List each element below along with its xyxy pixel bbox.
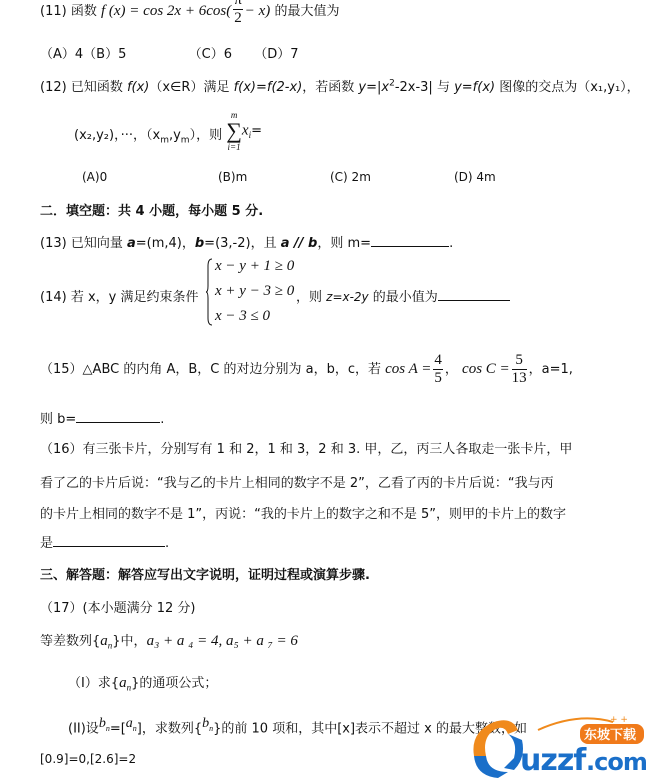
separator: ， bbox=[445, 362, 458, 377]
q16-answer-label: 是 bbox=[40, 536, 53, 551]
q17-text: 等差数列{ bbox=[40, 634, 100, 649]
cosA-expr: cos A = bbox=[385, 361, 431, 377]
q12-points: ,y bbox=[169, 128, 181, 143]
q14-target: z=x-2y bbox=[326, 290, 369, 304]
vector-a: a bbox=[127, 236, 136, 251]
q12-sub: m bbox=[181, 135, 190, 145]
q11-line: (11) 函数 f (x) = cos 2x + 6cos(π2− x) 的最大… bbox=[40, 0, 339, 29]
seq-a: a bbox=[119, 675, 127, 691]
q14-number: (14) bbox=[40, 290, 67, 305]
frac-den: 13 bbox=[512, 370, 527, 387]
seq-a: a bbox=[126, 716, 133, 731]
q17-part2: (II)设bn=[an]，求数列{bn}的前 10 项和，其中[x]表示不超过 … bbox=[68, 716, 527, 736]
uzzf-logo-icon: + + 东坡下载 uzzf .com bbox=[468, 712, 647, 782]
q13-text: 已知向量 bbox=[71, 236, 127, 251]
q14-tail: ，则 z=x-2y 的最小值为 bbox=[296, 286, 510, 305]
q12-y-expr: y=|x bbox=[358, 80, 389, 95]
section2-heading: 二．填空题：共 4 小题，每小题 5 分. bbox=[40, 200, 263, 219]
q11-number: (11) bbox=[40, 4, 67, 19]
q13-line: (13) 已知向量 a=(m,4)，b=(3,-2)，且 a // b，则 m=… bbox=[40, 232, 453, 251]
q17-header: （17）(本小题满分 12 分) bbox=[40, 597, 196, 616]
q17-text: (II)设 bbox=[68, 721, 99, 736]
q16-line3: 的卡片上相同的数字不是 1”，丙说：“我的卡片上的数字之和不是 5”，则甲的卡片… bbox=[40, 503, 566, 522]
q17-part2-line2: [0.9]=0,[2.6]=2 bbox=[40, 752, 136, 766]
q16-line1: （16）有三张卡片，分别写有 1 和 2，1 和 3，2 和 3. 甲，乙，丙三… bbox=[40, 438, 572, 457]
cosC-expr: cos C = bbox=[462, 361, 510, 377]
q11-option-c: （C）6 bbox=[189, 47, 232, 62]
sum-term: x bbox=[242, 123, 249, 139]
q17-statement: 等差数列{an}中，a₃ + a ₄ = 4, a₅ + a ₇ = 6 bbox=[40, 630, 298, 651]
constraint-2: x + y − 3 ≥ 0 bbox=[215, 283, 294, 300]
left-brace-icon bbox=[206, 258, 213, 326]
q12-symmetry: f(x)=f(2-x) bbox=[234, 80, 303, 95]
q13-text: =(3,-2)，且 bbox=[204, 236, 281, 251]
q13-answer-blank[interactable] bbox=[371, 234, 449, 247]
period: . bbox=[165, 536, 169, 551]
q14-text: 的最小值为 bbox=[369, 290, 438, 305]
constraint-3: x − 3 ≤ 0 bbox=[215, 308, 270, 325]
q12-text: ，若函数 bbox=[302, 80, 358, 95]
q15-answer-blank[interactable] bbox=[76, 410, 160, 423]
q14-answer-blank[interactable] bbox=[438, 288, 510, 301]
q17-equation: a₃ + a ₄ = 4, a₅ + a ₇ = 6 bbox=[147, 633, 298, 649]
svg-text:uzzf: uzzf bbox=[520, 743, 587, 778]
q16-answer-blank[interactable] bbox=[53, 534, 165, 547]
q11-fraction: π2 bbox=[233, 0, 243, 27]
q12-y-expr-tail: -2x-3| bbox=[395, 80, 433, 95]
q12-option-b: (B)m bbox=[218, 170, 247, 184]
q11-frac-num: π bbox=[233, 0, 243, 10]
summation: m ∑ i=1 bbox=[226, 110, 242, 152]
q14-text: 若 x，y 满足约束条件 bbox=[71, 290, 199, 305]
frac-den: 5 bbox=[433, 370, 443, 387]
q17-text: （I）求{ bbox=[68, 676, 119, 691]
q15-text: △ABC 的内角 A，B，C 的对边分别为 a，b，c，若 bbox=[83, 362, 381, 377]
q12-text: 已知函数 bbox=[71, 80, 127, 95]
q12-option-c: (C) 2m bbox=[330, 170, 371, 184]
q15-number: （15） bbox=[40, 362, 83, 377]
period: . bbox=[160, 412, 164, 427]
q15-answer-label: 则 b= bbox=[40, 412, 76, 427]
q14-text: ，则 bbox=[296, 290, 326, 305]
q12-option-a: (A)0 bbox=[82, 170, 107, 184]
q17-text: }中， bbox=[112, 634, 146, 649]
uzzf-watermark-logo: + + 东坡下载 uzzf .com bbox=[468, 712, 647, 782]
seq-b: b bbox=[99, 716, 106, 731]
sigma-icon: ∑ bbox=[226, 120, 242, 142]
q12-yfx: y=f(x) bbox=[454, 80, 495, 95]
q12-points: ），则 bbox=[190, 128, 223, 143]
q11-suffix: 的最大值为 bbox=[274, 4, 339, 19]
constraint-system: x − y + 1 ≥ 0 x + y − 3 ≥ 0 x − 3 ≤ 0 bbox=[206, 258, 296, 328]
q11-option-a: （A）4 bbox=[40, 47, 83, 62]
q13-text: =(m,4)， bbox=[136, 236, 195, 251]
q12-option-d: (D) 4m bbox=[454, 170, 496, 184]
sum-eq: = bbox=[251, 124, 262, 139]
q11-option-b: （B）5 bbox=[83, 47, 126, 62]
q14-lead: (14) 若 x，y 满足约束条件 bbox=[40, 286, 198, 305]
parallel-expr: a // b bbox=[281, 236, 318, 251]
q12-text: （x∈R）满足 bbox=[149, 80, 233, 95]
q15-text: ，a=1, bbox=[529, 362, 573, 377]
q11-expr-tail: − x) bbox=[245, 3, 271, 19]
q12-text: 图像的交点为（x₁,y₁）， bbox=[495, 80, 640, 95]
svg-text:.com: .com bbox=[586, 748, 647, 776]
q16-line2: 看了乙的卡片后说：“我与乙的卡片上相同的数字不是 2”，乙看了丙的卡片后说：“我… bbox=[40, 472, 554, 491]
q12-fx: f(x) bbox=[127, 80, 149, 95]
q11-option-d: （D）7 bbox=[254, 47, 298, 62]
q12-sub: m bbox=[160, 135, 169, 145]
q17-text: =[ bbox=[110, 721, 126, 736]
svg-text:+ +: + + bbox=[610, 715, 628, 725]
period: . bbox=[449, 236, 453, 251]
q12-line1: (12) 已知函数 f(x)（x∈R）满足 f(x)=f(2-x)，若函数 y=… bbox=[40, 76, 640, 95]
svg-text:东坡下载: 东坡下载 bbox=[584, 727, 636, 743]
vector-b: b bbox=[195, 236, 204, 251]
q17-text: }的通项公式； bbox=[131, 676, 217, 691]
q12-text: 与 bbox=[433, 80, 454, 95]
cosC-fraction: 513 bbox=[512, 352, 527, 387]
section3-heading: 三、解答题：解答应写出文字说明，证明过程或演算步骤. bbox=[40, 564, 370, 583]
q11-prefix: 函数 bbox=[71, 4, 97, 19]
q12-line2: (x₂,y₂)，···，（xm,ym），则 m ∑ i=1 xi= bbox=[74, 110, 262, 152]
frac-num: 4 bbox=[433, 352, 443, 370]
q15-line1: （15）△ABC 的内角 A，B，C 的对边分别为 a，b，c，若 cos A … bbox=[40, 352, 573, 387]
q11-options: （A）4（B）5 （C）6 （D）7 bbox=[40, 43, 299, 62]
cosA-fraction: 45 bbox=[433, 352, 443, 387]
q12-number: (12) bbox=[40, 80, 67, 95]
q11-expr: f (x) = cos 2x + 6cos( bbox=[101, 3, 231, 19]
sum-lower: i=1 bbox=[226, 142, 242, 152]
q11-frac-den: 2 bbox=[233, 10, 243, 27]
q13-text: ，则 m= bbox=[317, 236, 371, 251]
q17-part1: （I）求{an}的通项公式； bbox=[68, 672, 217, 693]
q17-text: ]，求数列{ bbox=[137, 721, 202, 736]
frac-num: 5 bbox=[512, 352, 527, 370]
q15-line2: 则 b=. bbox=[40, 408, 164, 427]
seq-a: a bbox=[100, 633, 108, 649]
q13-number: (13) bbox=[40, 236, 67, 251]
q12-points: (x₂,y₂)，···，（x bbox=[74, 128, 160, 143]
q16-line4: 是. bbox=[40, 532, 169, 551]
constraint-1: x − y + 1 ≥ 0 bbox=[215, 258, 294, 275]
